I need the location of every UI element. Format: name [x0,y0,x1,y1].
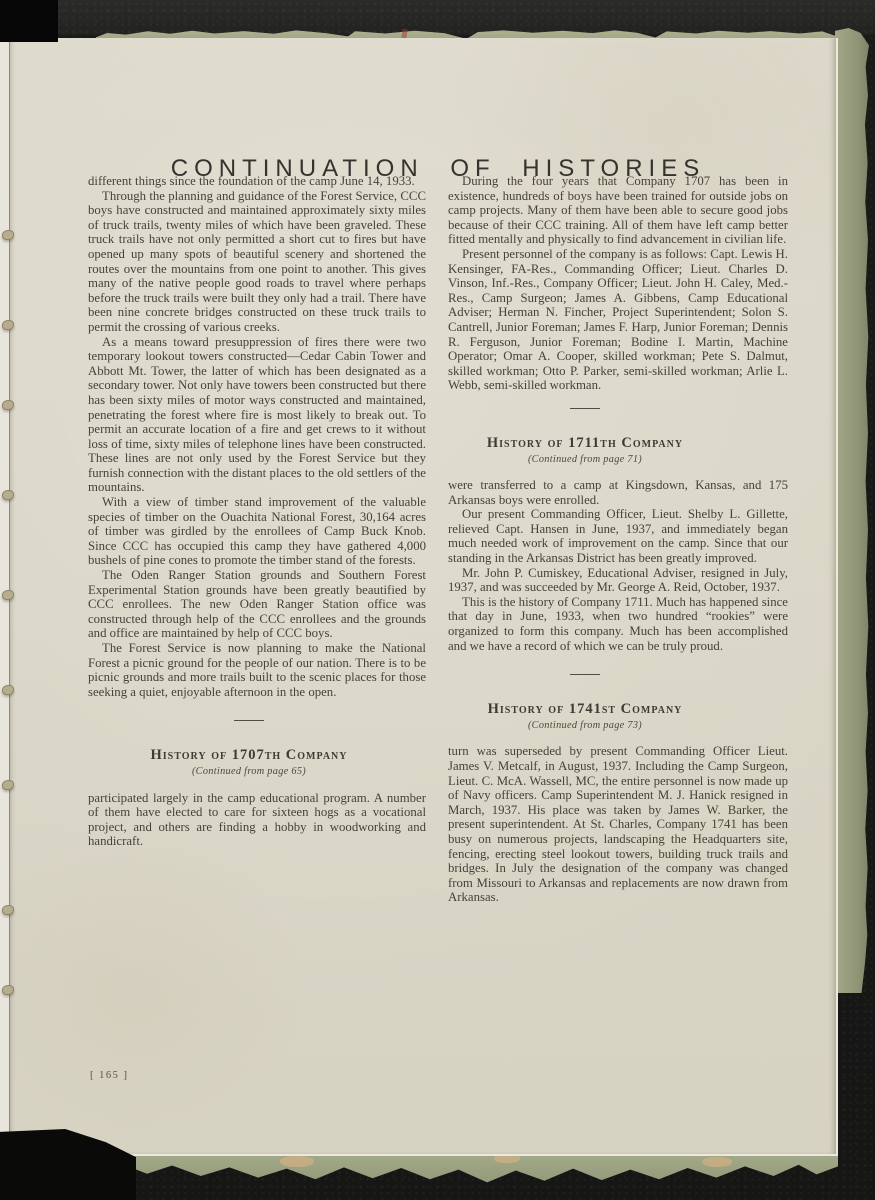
deckle-tan-patch [280,1156,314,1167]
body-paragraph: turn was superseded by present Commandin… [448,744,788,905]
body-paragraph: participated largely in the camp educati… [88,791,426,849]
photo-corner-shadow-top [0,0,58,42]
binding-stitch [2,780,14,790]
continued-note: (Continued from page 71) [415,453,755,468]
deckle-tan-patch [702,1157,732,1167]
body-paragraph: This is the history of Company 1711. Muc… [448,595,788,653]
body-paragraph: The Forest Service is now planning to ma… [88,641,426,699]
binding-stitch [2,230,14,240]
deckle-edge-bottom [122,1152,838,1184]
deckle-edge-right [835,28,869,993]
continued-note: (Continued from page 73) [415,719,755,734]
body-paragraph: During the four years that Company 1707 … [448,174,788,247]
body-paragraph: Mr. John P. Cumiskey, Educational Advise… [448,566,788,595]
section-heading-1741: History of 1741st Company [415,702,755,717]
binding-stitch [2,590,14,600]
binding-stitch [2,320,14,330]
binding-stitch [2,490,14,500]
continued-note: (Continued from page 65) [80,765,418,780]
section-divider [570,674,600,675]
body-paragraph: With a view of timber stand improvement … [88,495,426,568]
section-heading-1711: History of 1711th Company [415,436,755,451]
body-paragraph: The Oden Ranger Station grounds and Sout… [88,568,426,641]
binding-stitch [2,685,14,695]
section-divider [570,408,600,409]
binding-stitch [2,985,14,995]
page-number: [ 165 ] [90,1070,129,1081]
section-heading-1707: History of 1707th Company [80,748,418,763]
right-column: During the four years that Company 1707 … [448,174,788,905]
body-paragraph: Present personnel of the company is as f… [448,247,788,393]
body-paragraph: As a means toward presuppression of fire… [88,335,426,496]
body-paragraph: different things since the foundation of… [88,174,426,189]
binding-stitch [2,905,14,915]
binding-stitch [2,400,14,410]
body-paragraph: were transferred to a camp at Kingsdown,… [448,478,788,507]
left-column: different things since the foundation of… [88,174,426,849]
body-paragraph: Our present Commanding Officer, Lieut. S… [448,507,788,565]
body-paragraph: Through the planning and guidance of the… [88,189,426,335]
scanned-book-photo: { "document": { "title": "CONTINUATION O… [0,0,875,1200]
section-divider [234,720,264,721]
